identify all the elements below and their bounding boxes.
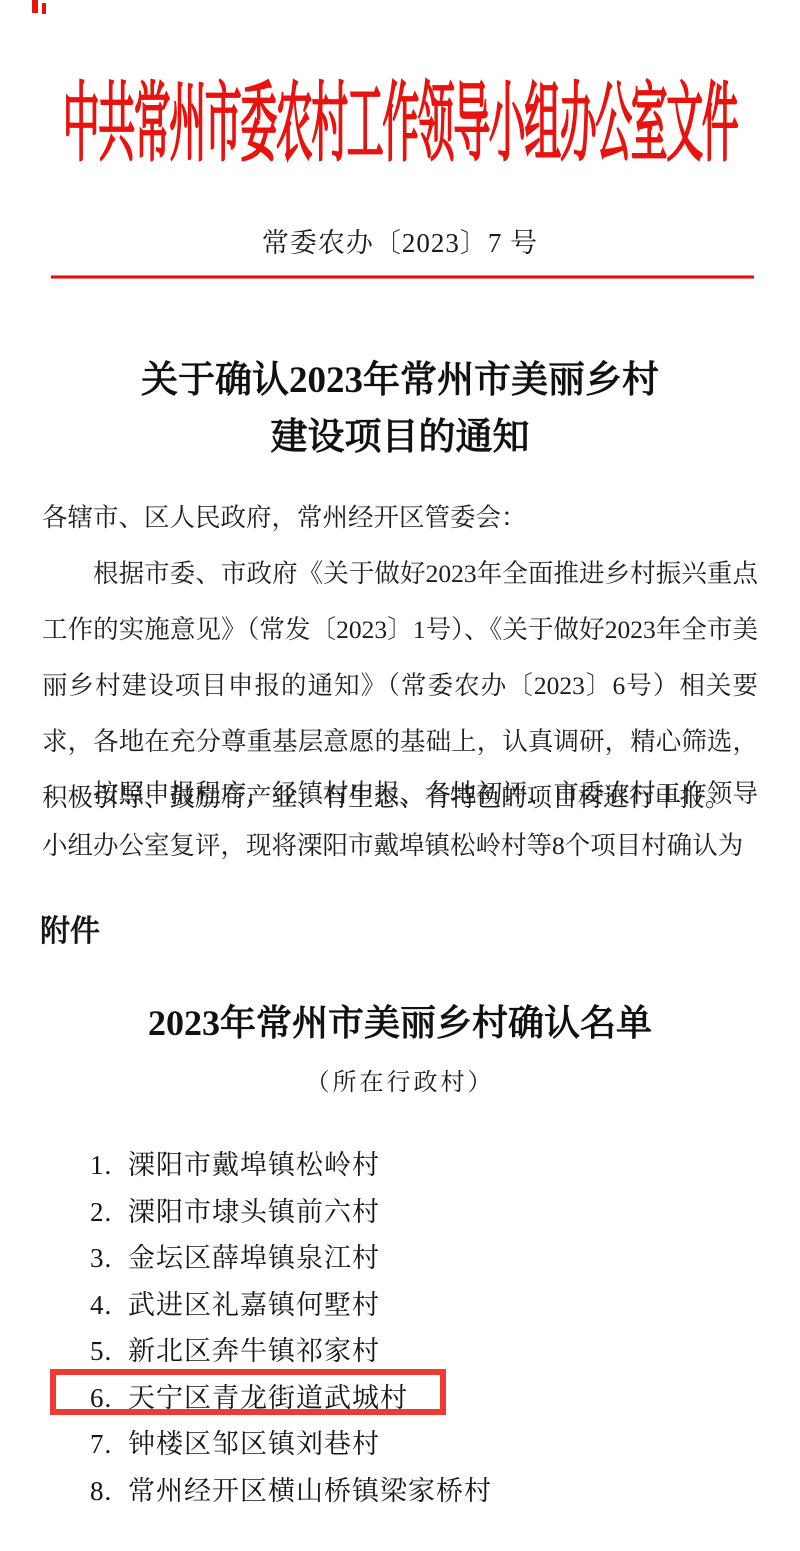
list-item: 1.溧阳市戴埠镇松岭村 — [90, 1142, 492, 1189]
confirmation-list-subtitle: （所在行政村） — [0, 1062, 800, 1097]
red-scan-artifact — [32, 0, 38, 13]
list-item: 5.新北区奔牛镇祁家村 — [90, 1328, 492, 1375]
list-item-number: 3. — [90, 1235, 128, 1282]
attachment-label: 附件 — [40, 906, 100, 950]
list-item-number: 7. — [90, 1421, 128, 1468]
notice-title: 关于确认2023年常州市美丽乡村 建设项目的通知 — [0, 352, 800, 466]
list-item-name: 溧阳市埭头镇前六村 — [128, 1197, 380, 1227]
red-divider-line — [51, 275, 754, 279]
list-item-name: 天宁区青龙街道武城村 — [128, 1383, 408, 1413]
notice-body-continued: 按照申报程序，经镇村申报、各地初评、市委农村工作领导小组办公室复评，现将溧阳市戴… — [42, 768, 758, 872]
list-item: 7.钟楼区邹区镇刘巷村 — [90, 1421, 492, 1468]
list-item: 4.武进区礼嘉镇何墅村 — [90, 1282, 492, 1329]
list-item-number: 4. — [90, 1282, 128, 1329]
list-item-number: 8. — [90, 1468, 128, 1515]
list-item-number: 5. — [90, 1328, 128, 1375]
notice-title-line1: 关于确认2023年常州市美丽乡村 — [141, 360, 659, 401]
confirmation-list-title: 2023年常州市美丽乡村确认名单 — [0, 995, 800, 1046]
document-number: 常委农办〔2023〕7 号 — [0, 221, 800, 260]
list-item-highlighted: 6.天宁区青龙街道武城村 — [90, 1375, 492, 1422]
list-item-number: 6. — [90, 1375, 128, 1422]
document-page: 中共常州市委农村工作领导小组办公室文件 常委农办〔2023〕7 号 关于确认20… — [0, 0, 800, 1551]
list-item-name: 新北区奔牛镇祁家村 — [128, 1336, 380, 1366]
village-list: 1.溧阳市戴埠镇松岭村 2.溧阳市埭头镇前六村 3.金坛区薛埠镇泉江村 4.武进… — [90, 1142, 492, 1514]
document-header-title: 中共常州市委农村工作领导小组办公室文件 — [0, 52, 800, 179]
salutation-line: 各辖市、区人民政府，常州经开区管委会： — [42, 490, 758, 546]
notice-title-line2: 建设项目的通知 — [271, 417, 530, 458]
list-item-name: 武进区礼嘉镇何墅村 — [128, 1290, 380, 1320]
list-item-number: 2. — [90, 1189, 128, 1236]
body-paragraph-2: 按照申报程序，经镇村申报、各地初评、市委农村工作领导小组办公室复评，现将溧阳市戴… — [42, 768, 758, 872]
list-item-number: 1. — [90, 1142, 128, 1189]
list-item-name: 溧阳市戴埠镇松岭村 — [128, 1150, 380, 1180]
list-item-name: 钟楼区邹区镇刘巷村 — [128, 1429, 380, 1459]
list-item-name: 金坛区薛埠镇泉江村 — [128, 1243, 380, 1273]
list-item-name: 常州经开区横山桥镇梁家桥村 — [128, 1476, 492, 1506]
list-item: 2.溧阳市埭头镇前六村 — [90, 1189, 492, 1236]
list-item: 3.金坛区薛埠镇泉江村 — [90, 1235, 492, 1282]
list-item: 8.常州经开区横山桥镇梁家桥村 — [90, 1468, 492, 1515]
